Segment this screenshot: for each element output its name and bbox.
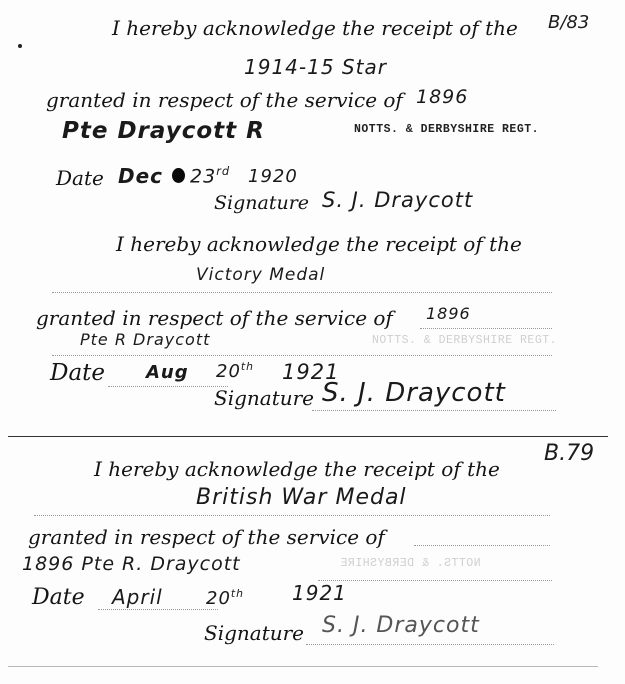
date-month: Aug (146, 362, 189, 383)
document-page: I hereby acknowledge the receipt of the … (0, 0, 625, 684)
date-label: Date (50, 360, 105, 386)
signature: S. J. Draycott (322, 613, 480, 638)
dotted-line (414, 545, 550, 546)
granted-text: granted in respect of the service of (36, 306, 393, 330)
dotted-line (98, 609, 218, 610)
regiment-stamp: NOTTS. & DERBYSHIRE (340, 557, 481, 570)
signature: S. J. Draycott (322, 378, 506, 408)
medal-name: Victory Medal (196, 265, 325, 285)
date-day: 20th (206, 587, 244, 609)
date-label: Date (56, 166, 104, 190)
service-number-and-soldier: 1896 Pte R. Draycott (22, 553, 241, 575)
ink-blot (172, 168, 185, 183)
dotted-line (108, 386, 228, 387)
preamble-text: I hereby acknowledge the receipt of the (94, 457, 500, 481)
dotted-line (420, 328, 552, 329)
dotted-line (312, 410, 556, 411)
service-number: 1896 (426, 304, 471, 323)
dotted-line (52, 355, 552, 356)
preamble-text: I hereby acknowledge the receipt of the (112, 16, 518, 40)
dotted-line (52, 292, 552, 293)
ink-speck (18, 44, 22, 48)
service-number: 1896 (416, 86, 468, 108)
soldier-name: Pte R Draycott (80, 330, 210, 349)
regiment-stamp: NOTTS. & DERBYSHIRE REGT. (354, 123, 539, 136)
receipt-slip-victory-medal: I hereby acknowledge the receipt of the … (0, 210, 625, 425)
preamble-text: I hereby acknowledge the receipt of the (116, 232, 522, 256)
date-label: Date (32, 585, 85, 610)
dotted-line (34, 515, 550, 516)
soldier-name: Pte Draycott R (62, 118, 265, 144)
date-day: 23rd (190, 164, 230, 187)
granted-text: granted in respect of the service of (46, 88, 403, 112)
signature: S. J. Draycott (322, 188, 473, 212)
date-year: 1921 (292, 581, 347, 605)
dotted-line (318, 580, 552, 581)
date-day: 20th (216, 360, 254, 382)
date-month: Dec (118, 164, 163, 188)
signature-label: Signature (204, 621, 304, 645)
date-month: April (112, 585, 163, 609)
signature-label: Signature (214, 386, 314, 410)
medal-name: British War Medal (196, 485, 407, 510)
regiment-stamp: NOTTS. & DERBYSHIRE REGT. (372, 334, 557, 347)
reference-number: B.79 (544, 441, 594, 466)
granted-text: granted in respect of the service of (28, 525, 385, 549)
receipt-slip-british-war-medal: B.79 I hereby acknowledge the receipt of… (0, 437, 625, 684)
slip-bottom-edge (8, 666, 598, 667)
medal-name: 1914-15 Star (244, 55, 387, 79)
reference-number: B/83 (548, 12, 589, 33)
receipt-slip-1914-15-star: I hereby acknowledge the receipt of the … (0, 0, 625, 210)
dotted-line (306, 644, 554, 645)
date-year: 1920 (248, 166, 298, 187)
